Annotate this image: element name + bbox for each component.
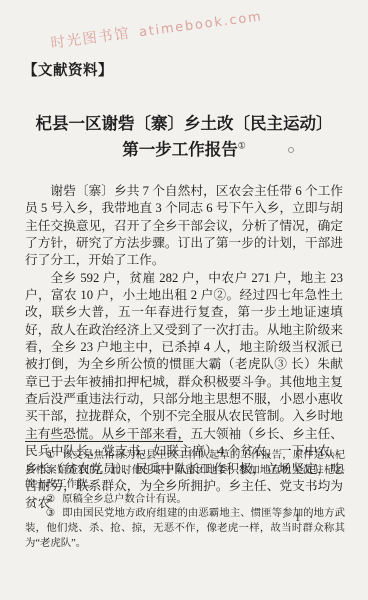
footnotes: ①该文是焦裕禄为杞县土改工作队起草的工作报告，原件是从杞县档案馆查到的。此时他任… <box>25 449 345 551</box>
title-line1: 杞县一区谢砦〔寨〕乡土改〔民主运动〕 <box>0 111 368 137</box>
watermark-cjk-text: 时光图书馆 <box>50 26 131 52</box>
watermark-latin-text: atimebook.com <box>138 9 263 40</box>
page-number: · 1 · <box>282 512 316 524</box>
footnote-marker: ② <box>46 494 55 505</box>
paragraph: 谢砦〔寨〕乡共 7 个自然村，区农会主任带 6 个工作员 5 号入乡，我带地直 … <box>25 183 343 270</box>
footnote-item: ②原稿全乡总户数合计有误。 <box>25 493 345 508</box>
ink-speck <box>288 147 294 153</box>
footnote-text: 原稿全乡总户数合计有误。 <box>62 494 187 505</box>
footnote-item: ①该文是焦裕禄为杞县土改工作队起草的工作报告，原件是从杞县档案馆查到的。此时他任… <box>25 449 345 493</box>
footnote-marker: ③ <box>46 508 55 519</box>
title-footnote-ref: ① <box>238 141 246 151</box>
scanned-book-page: 时光图书馆atimebook.com 【文献资料】 杞县一区谢砦〔寨〕乡土改〔民… <box>0 0 368 600</box>
footnote-separator <box>25 441 183 442</box>
footnote-marker: ① <box>46 450 55 461</box>
section-label: 【文献资料】 <box>23 59 113 80</box>
watermark: 时光图书馆atimebook.com <box>49 4 263 53</box>
title-line2: 第一步工作报告① <box>0 137 368 163</box>
document-title: 杞县一区谢砦〔寨〕乡土改〔民主运动〕 第一步工作报告① <box>0 111 368 164</box>
footnote-text: 该文是焦裕禄为杞县土改工作队起草的工作报告，原件是从杞县档案馆查到的。此时他任职… <box>25 450 345 490</box>
